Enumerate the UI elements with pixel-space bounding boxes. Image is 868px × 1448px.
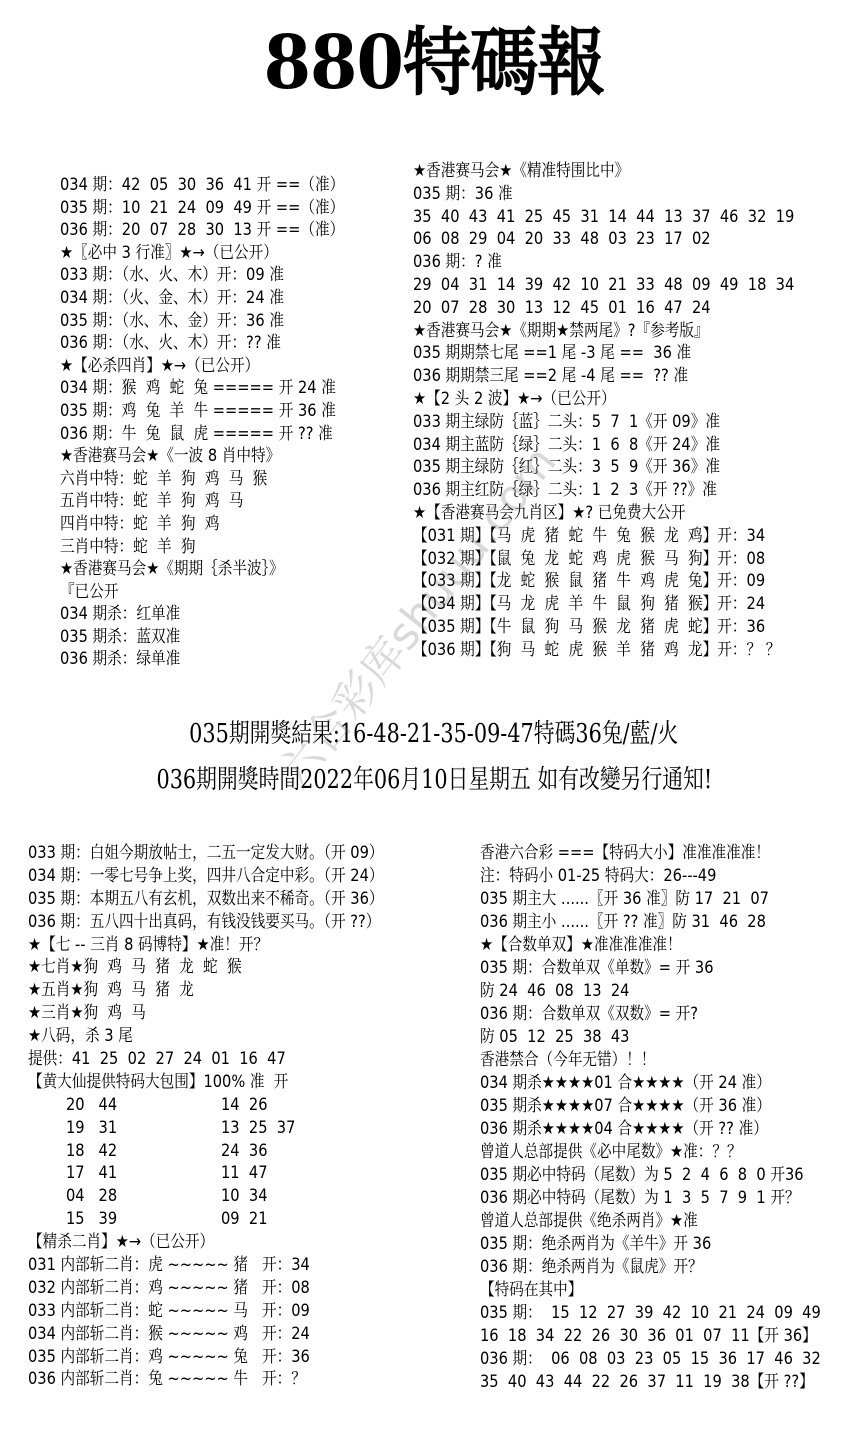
text-line: 034 期：42 05 30 36 41 开 ==（准） [60,174,344,197]
number-line: 35 40 43 44 22 26 37 11 19 38【开 ??】 [480,1371,821,1394]
text-line: 036 期：? 准 [413,251,794,274]
text-line: 五肖中特：蛇 羊 狗 鸡 马 [60,490,344,513]
text-line: 036 期：合数单双《双数》= 开? [480,1003,821,1026]
section-heading: 曾道人总部提供《必中尾数》★准：？？ [480,1141,821,1164]
text-line: 『已公开 [60,581,344,604]
section-heading: 【精杀二肖】★→（已公开） [28,1231,384,1254]
text-line: 032 内部斩二肖：鸡 ~~~~~ 猪 开：08 [28,1277,384,1300]
text-line: 034 期：猴 鸡 蛇 兔 ===== 开 24 准 [60,377,344,400]
text-line: 035 内部斩二肖：鸡 ~~~~~ 兔 开：36 [28,1346,384,1369]
text-line: 【033 期】【龙 蛇 猴 鼠 猪 牛 鸡 虎 兔】开：09 [413,570,794,593]
text-line: 034 期：（火、金、木）开：24 准 [60,287,344,310]
text-line: 033 期主绿防｛蓝｝二头：5 7 1《开 09》准 [413,411,794,434]
text-line: 036 期：（水、火、木）开：?? 准 [60,332,344,355]
section-heading: ★香港赛马会★《期期★禁两尾》?『参考版』 [413,320,794,343]
text-line: 036 期：20 07 28 30 13 开 ==（准） [60,219,344,242]
text-line: 【031 期】【马 虎 猪 蛇 牛 兔 猴 龙 鸡】开：34 [413,525,794,548]
section-heading: 【黄大仙提供特码大包围】100% 准 开 [28,1071,384,1094]
table-row: 19 3113 25 37 [66,1117,441,1140]
section-heading: ★【香港赛马会九肖区】★? 已免费大公开 [413,502,794,525]
text-line: 036 期主小 ......〖开 ?? 准〗防 31 46 28 [480,911,821,934]
text-line: 033 期：白姐今期放帖士，二五一定发大财。（开 09） [28,842,384,865]
bottom-left-section: 033 期：白姐今期放帖士，二五一定发大财。（开 09） 034 期：一零七号争… [28,842,441,1391]
text-line: ★五肖★狗 鸡 马 猪 龙 [28,979,384,1002]
bottom-right-section: 香港六合彩 ===【特码大小】准准准准准！ 注：特码小 01-25 特码大：26… [480,842,868,1394]
text-line: 034 内部斩二肖：猴 ~~~~~ 鸡 开：24 [28,1323,384,1346]
text-line: 034 期主蓝防｛绿｝二头：1 6 8《开 24》准 [413,434,794,457]
text-line: 035 期必中特码（尾数）为 5 2 4 6 8 0 开36 [480,1164,821,1187]
text-line: 035 期：绝杀两肖为《羊牛》开 36 [480,1233,821,1256]
section-heading: ★〖必中 3 行准〗★→（已公开） [60,242,344,265]
number-line: 036 期： 06 08 03 23 05 15 36 17 46 32 [480,1348,821,1371]
encircle-table: 20 4414 26 19 3113 25 37 18 4224 36 17 4… [28,1094,441,1231]
section-heading: ★香港赛马会★《一波 8 肖中特》 [60,445,344,468]
section-heading: 曾道人总部提供《绝杀两肖》★准 [480,1210,821,1233]
text-line: 四肖中特：蛇 羊 狗 鸡 [60,513,344,536]
text-line: 036 期：绝杀两肖为《鼠虎》开？ [480,1256,821,1279]
section-heading: 香港禁合（今年无错）！！ [480,1049,821,1072]
text-line: ★三肖★狗 鸡 马 [28,1002,384,1025]
text-line: 注：特码小 01-25 特码大：26---49 [480,865,821,888]
text-line: 035 期杀★★★★07 合★★★★（开 36 准） [480,1095,821,1118]
table-row: 20 4414 26 [66,1094,441,1117]
top-right-section: ★香港赛马会★《精准特围比中》 035 期：36 准 35 40 43 41 2… [413,160,856,662]
section-heading: ★香港赛马会★《精准特围比中》 [413,160,794,183]
text-line: ★八码，杀 3 尾 [28,1025,384,1048]
text-line: 036 期杀★★★★04 合★★★★（开 ?? 准） [480,1118,821,1141]
text-line: 034 期杀：红单准 [60,603,344,626]
text-line: 035 期：合数单双《单数》= 开 36 [480,957,821,980]
page-title: 880特碼報 [35,18,834,108]
number-line: 16 18 34 22 26 30 36 01 07 11【开 36】 [480,1325,821,1348]
text-line: 035 期主大 ......〖开 36 准〗防 17 21 07 [480,888,821,911]
number-line: 035 期： 15 12 27 39 42 10 21 24 09 49 [480,1302,821,1325]
text-line: 031 内部斩二肖：虎 ~~~~~ 猪 开：34 [28,1254,384,1277]
number-line: 20 07 28 30 13 12 45 01 16 47 24 [413,297,794,320]
text-line: 035 期：10 21 24 09 49 开 ==（准） [60,197,344,220]
table-row: 04 2810 34 [66,1185,441,1208]
section-heading: ★【七 -- 三肖 8 码博特】★准！开？ [28,934,384,957]
section-heading: ★【2 头 2 波】★→（已公开） [413,388,794,411]
text-line: 【032 期】【鼠 兔 龙 蛇 鸡 虎 猴 马 狗】开：08 [413,548,794,571]
draw-result: 035期開獎結果:16-48-21-35-09-47特碼36兔/藍/火 [0,717,868,751]
text-line: 035 期：（水、木、金）开：36 准 [60,310,344,333]
text-line: 035 期杀：蓝双准 [60,626,344,649]
text-line: ★七肖★狗 鸡 马 猪 龙 蛇 猴 [28,956,384,979]
text-line: 036 期杀：绿单准 [60,648,344,671]
text-line: 036 期主红防｛绿｝二头：1 2 3《开 ??》准 [413,479,794,502]
section-heading: ★【必杀四肖】★→（已公开） [60,355,344,378]
text-line: 提供：41 25 02 27 24 01 16 47 [28,1048,384,1071]
table-row: 17 4111 47 [66,1162,441,1185]
table-row: 15 3909 21 [66,1208,441,1231]
text-line: 防 05 12 25 38 43 [480,1026,821,1049]
section-heading: 香港六合彩 ===【特码大小】准准准准准！ [480,842,821,865]
text-line: 034 期杀★★★★01 合★★★★（开 24 准） [480,1072,821,1095]
table-row: 18 4224 36 [66,1140,441,1163]
text-line: 036 期必中特码（尾数）为 1 3 5 7 9 1 开？ [480,1187,821,1210]
text-line: 035 期：鸡 兔 羊 牛 ===== 开 36 准 [60,400,344,423]
text-line: 035 期：36 准 [413,183,794,206]
text-line: 【034 期】【马 龙 虎 羊 牛 鼠 狗 猪 猴】开：24 [413,593,794,616]
text-line: 035 期期禁七尾 ==1 尾 -3 尾 == 36 准 [413,342,794,365]
section-heading: ★【合数单双】★准准准准准！ [480,934,821,957]
text-line: 035 期：本期五八有玄机，双数出来不稀奇。（开 36） [28,888,384,911]
text-line: 三肖中特：蛇 羊 狗 [60,536,344,559]
text-line: 036 期期禁三尾 ==2 尾 -4 尾 == ?? 准 [413,365,794,388]
text-line: 【035 期】【牛 鼠 狗 马 猴 龙 猪 虎 蛇】开：36 [413,616,794,639]
text-line: 036 期：五八四十出真码，有钱没钱要买马。（开 ??） [28,911,384,934]
next-draw-notice: 036期開獎時間2022年06月10日星期五 如有改變另行通知! [0,763,868,797]
number-line: 35 40 43 41 25 45 31 14 44 13 37 46 32 1… [413,206,794,229]
top-left-section: 034 期：42 05 30 36 41 开 ==（准） 035 期：10 21… [60,174,391,671]
number-line: 29 04 31 14 39 42 10 21 33 48 09 49 18 3… [413,274,794,297]
text-line: 【036 期】【狗 马 蛇 虎 猴 羊 猪 鸡 龙】开：？ ？ [413,639,794,662]
text-line: 036 期：牛 兔 鼠 虎 ===== 开 ?? 准 [60,423,344,446]
text-line: 防 24 46 08 13 24 [480,980,821,1003]
text-line: 六肖中特：蛇 羊 狗 鸡 马 猴 [60,468,344,491]
text-line: 033 期：（水、火、木）开：09 准 [60,264,344,287]
number-line: 06 08 29 04 20 33 48 03 23 17 02 [413,228,794,251]
section-heading: ★香港赛马会★《期期｛杀半波｝》 [60,558,344,581]
text-line: 036 内部斩二肖：兔 ~~~~~ 牛 开：？ [28,1368,384,1391]
text-line: 034 期：一零七号争上奖，四井八合定中彩。（开 24） [28,865,384,888]
text-line: 035 期主绿防｛红｝二头：3 5 9《开 36》准 [413,456,794,479]
text-line: 033 内部斩二肖：蛇 ~~~~~ 马 开：09 [28,1300,384,1323]
section-heading: 【特码在其中】 [480,1279,821,1302]
